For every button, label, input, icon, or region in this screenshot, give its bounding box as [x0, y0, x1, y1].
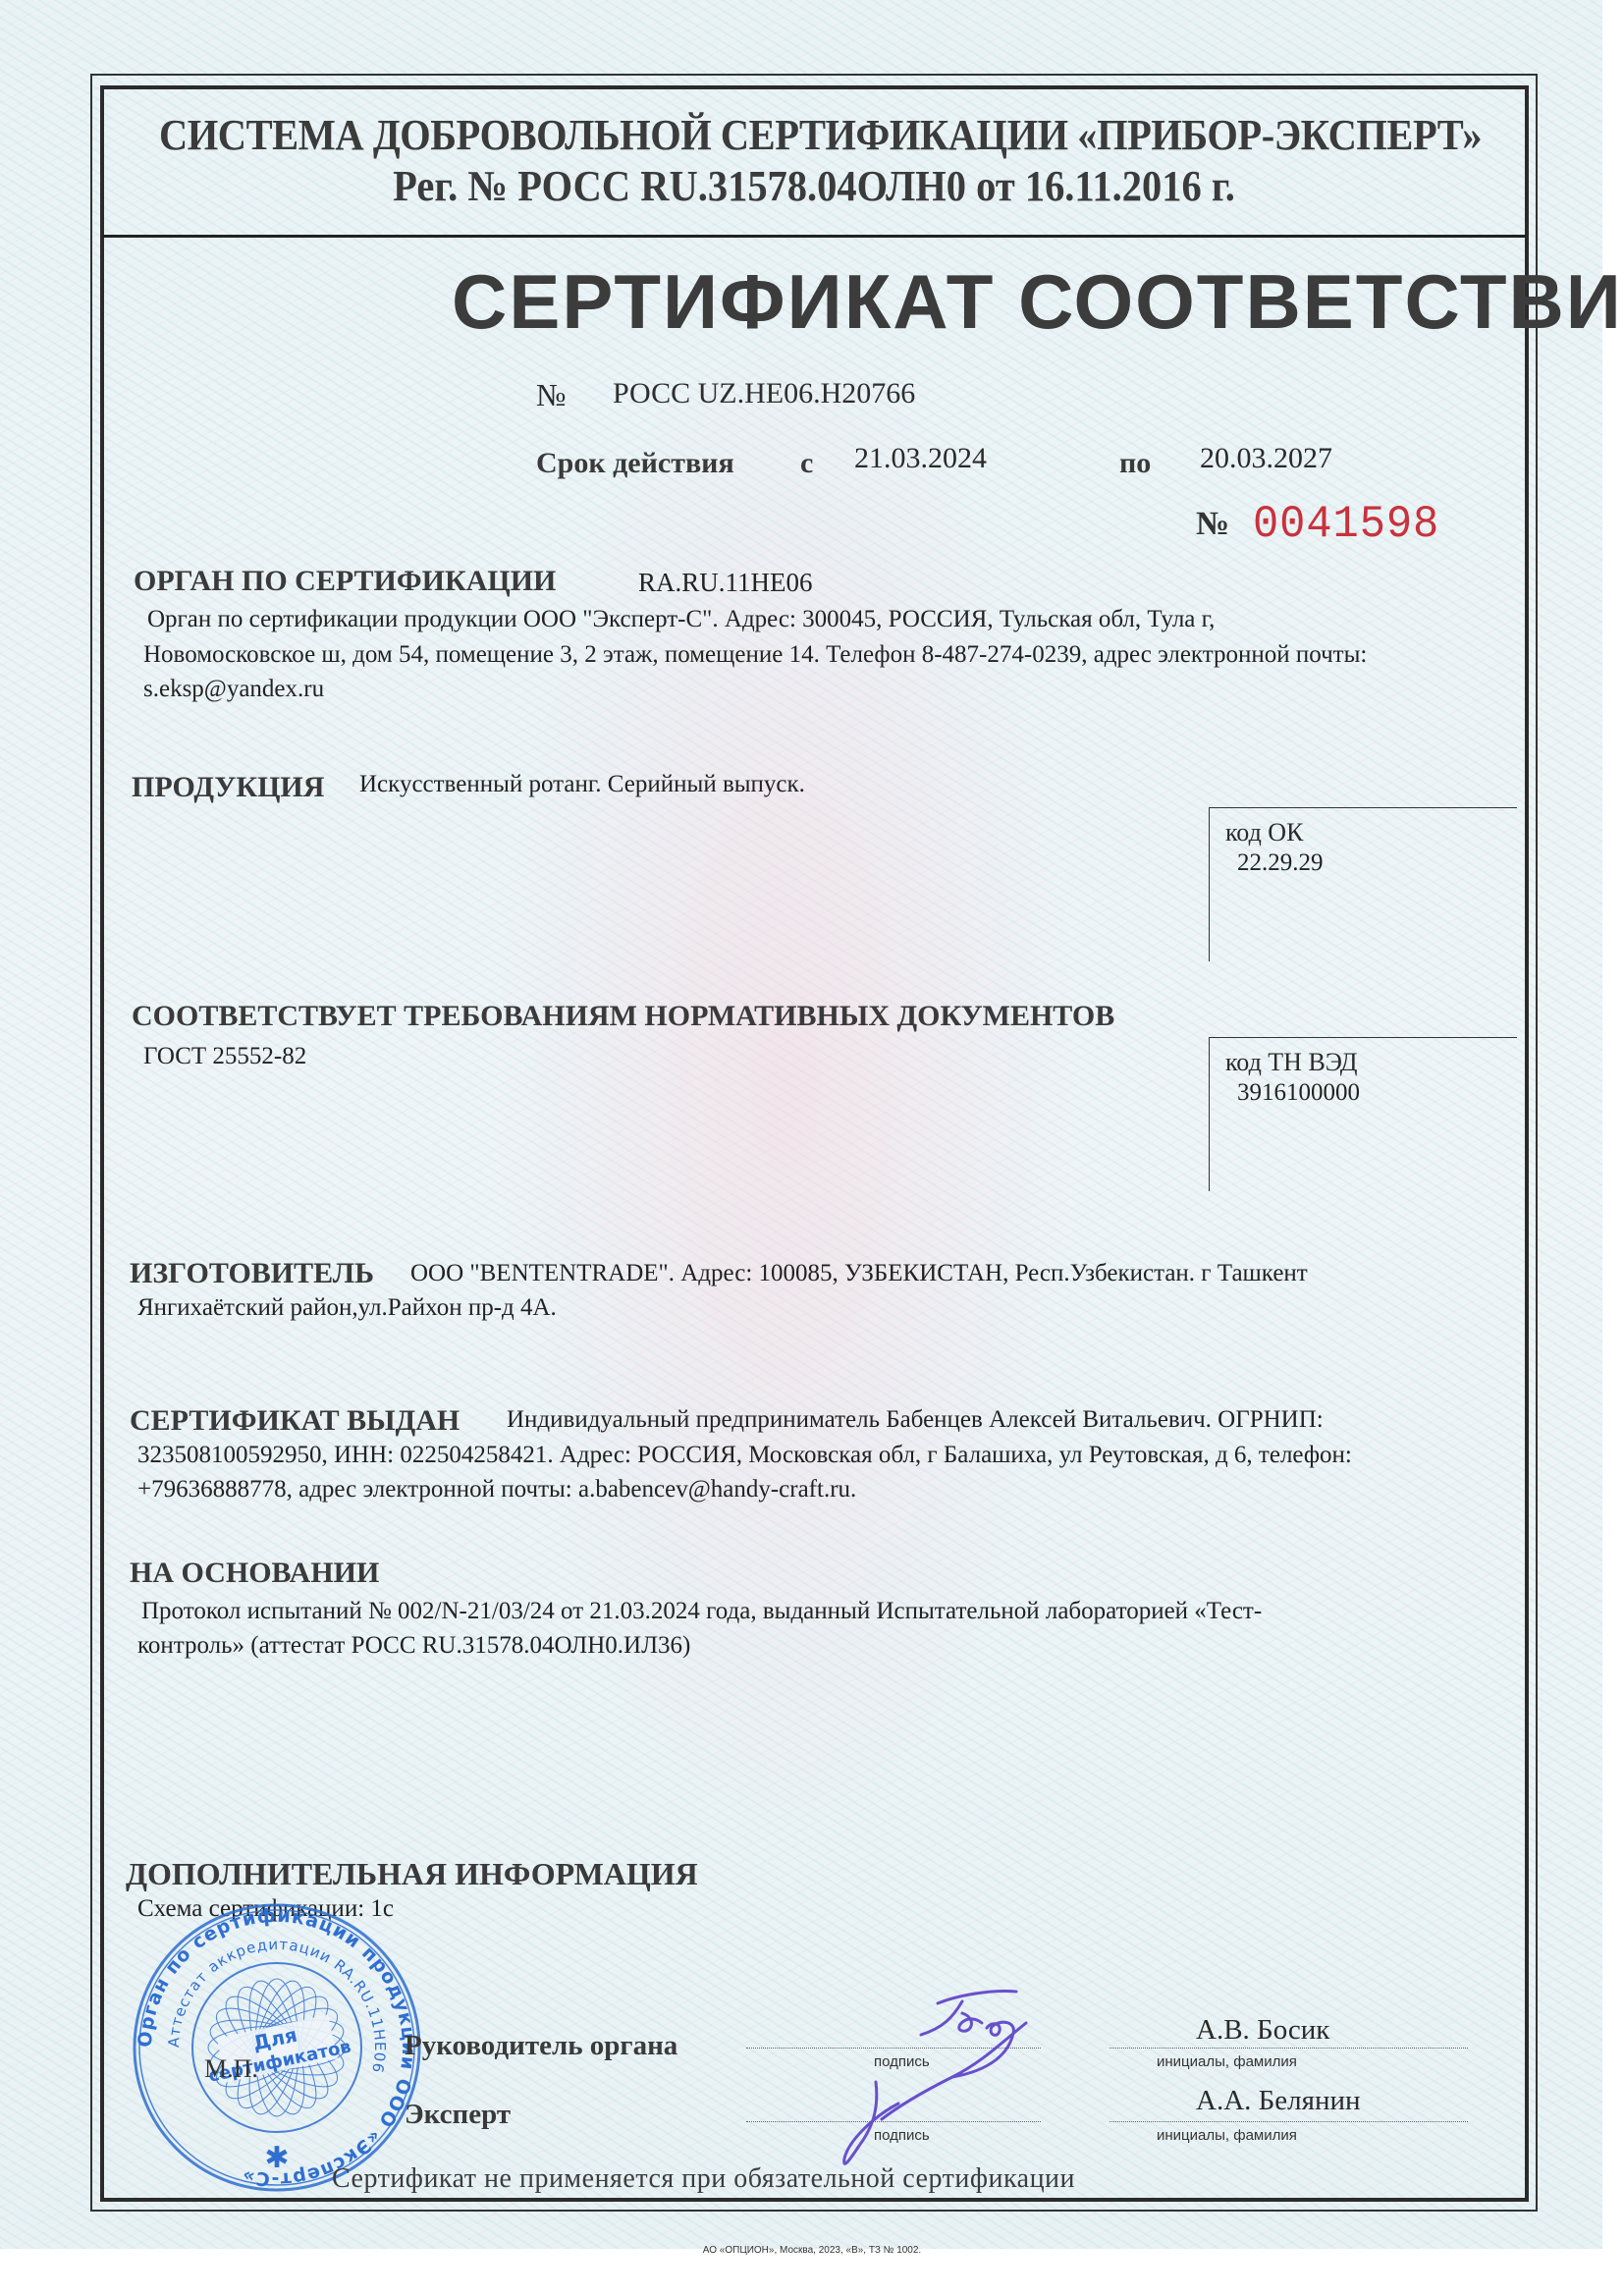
- code-ok-box: код ОК 22.29.29: [1209, 807, 1517, 961]
- additional-info-heading: ДОПОЛНИТЕЛЬНАЯ ИНФОРМАЦИЯ: [126, 1856, 698, 1892]
- system-registration: Рег. № РОСС RU.31578.04ОЛН0 от 16.11.201…: [159, 161, 1469, 211]
- certification-body-line: Орган по сертификации продукции ООО "Экс…: [147, 606, 1215, 633]
- issued-to-heading: СЕРТИФИКАТ ВЫДАН: [130, 1404, 460, 1438]
- valid-to-date: 20.03.2027: [1200, 442, 1332, 475]
- valid-from-label: с: [800, 447, 813, 480]
- certification-body-code: RA.RU.11НЕ06: [638, 568, 813, 598]
- certificate-number-label: №: [536, 377, 567, 413]
- certification-body-heading: ОРГАН ПО СЕРТИФИКАЦИИ: [134, 565, 556, 598]
- official-stamp-icon: Орган по сертификации продукции ООО «Экс…: [130, 1900, 424, 2195]
- basis-line: Протокол испытаний № 002/N-21/03/24 от 2…: [141, 1598, 1262, 1625]
- printer-info: АО «ОПЦИОН», Москва, 2023, «В», ТЗ № 100…: [0, 2245, 1624, 2256]
- manufacturer-line: ООО "BENTENTRADE". Адрес: 100085, УЗБЕКИ…: [410, 1260, 1308, 1287]
- head-name-line: [1110, 2048, 1468, 2049]
- basis-heading: НА ОСНОВАНИИ: [130, 1557, 379, 1590]
- expert-label: Эксперт: [405, 2099, 511, 2131]
- normative-heading: СООТВЕТСТВУЕТ ТРЕБОВАНИЯМ НОРМАТИВНЫХ ДО…: [132, 1000, 1114, 1033]
- certification-body-email: s.eksp@yandex.ru: [143, 676, 324, 703]
- issued-to-line: +79636888778, адрес электронной почты: a…: [137, 1476, 856, 1503]
- head-of-body-name: А.В. Босик: [1196, 2014, 1329, 2047]
- svg-text:✱: ✱: [264, 2141, 289, 2175]
- code-tnved-label: код ТН ВЭД: [1225, 1048, 1358, 1077]
- product-heading: ПРОДУКЦИЯ: [132, 771, 324, 804]
- header-separator: [102, 235, 1526, 238]
- valid-to-label: по: [1119, 447, 1151, 480]
- validity-label: Срок действия: [536, 447, 734, 480]
- expert-name-line: [1110, 2121, 1468, 2122]
- expert-name: А.А. Белянин: [1196, 2085, 1361, 2117]
- manufacturer-heading: ИЗГОТОВИТЕЛЬ: [130, 1257, 374, 1290]
- valid-from-date: 21.03.2024: [854, 442, 987, 475]
- normative-document: ГОСТ 25552-82: [143, 1043, 306, 1070]
- head-of-body-label: Руководитель органа: [405, 2030, 677, 2062]
- blank-number-label: №: [1196, 506, 1229, 543]
- basis-line: контроль» (аттестат РОСС RU.31578.04ОЛН0…: [137, 1632, 690, 1660]
- name-caption: инициалы, фамилия: [1157, 2053, 1297, 2070]
- blank-serial-number: 0041598: [1253, 499, 1439, 550]
- issued-to-line: Индивидуальный предприниматель Бабенцев …: [507, 1406, 1324, 1434]
- handwritten-signature-icon: [805, 1984, 1090, 2180]
- certification-body-line: Новомосковское ш, дом 54, помещение 3, 2…: [143, 641, 1367, 669]
- manufacturer-line: Янгихаётский район,ул.Райхон пр-д 4А.: [137, 1294, 557, 1322]
- code-tnved-value: 3916100000: [1237, 1079, 1360, 1107]
- system-title: СИСТЕМА ДОБРОВОЛЬНОЙ СЕРТИФИКАЦИИ «ПРИБО…: [159, 110, 1469, 160]
- seal-place-label: М.П.: [204, 2054, 258, 2084]
- product-description: Искусственный ротанг. Серийный выпуск.: [359, 771, 805, 798]
- code-ok-label: код ОК: [1225, 818, 1303, 847]
- name-caption: инициалы, фамилия: [1157, 2127, 1297, 2144]
- issued-to-line: 323508100592950, ИНН: 022504258421. Адре…: [137, 1442, 1352, 1469]
- code-tnved-box: код ТН ВЭД 3916100000: [1209, 1037, 1517, 1191]
- certificate-number: РОСС UZ.НЕ06.Н20766: [613, 377, 915, 410]
- footer-note: Сертификат не применяется при обязательн…: [332, 2163, 1075, 2195]
- code-ok-value: 22.29.29: [1237, 849, 1324, 877]
- document-title: СЕРТИФИКАТ СООТВЕТСТВИЯ: [452, 257, 1624, 347]
